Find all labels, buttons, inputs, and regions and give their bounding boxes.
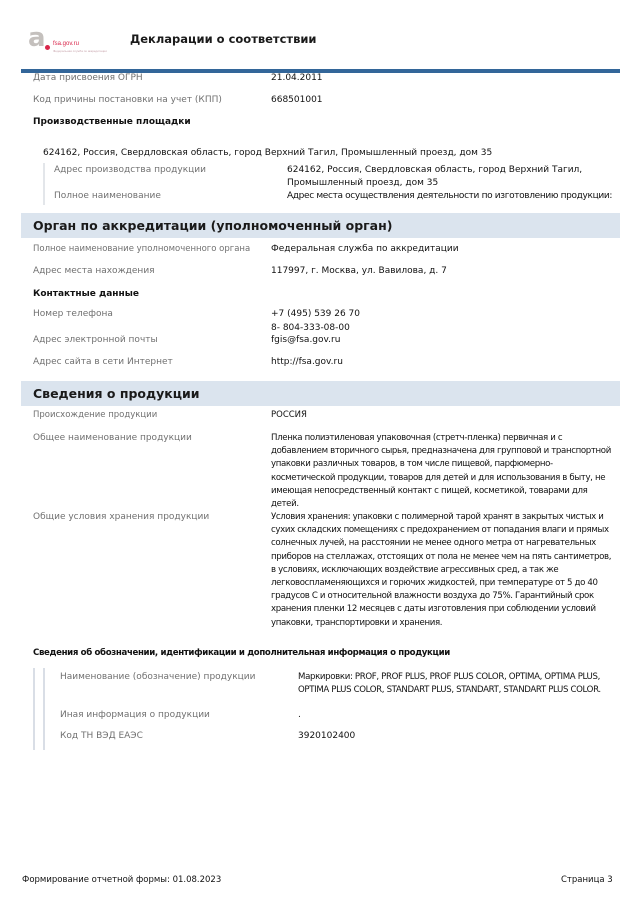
document-title: Декларации о соответствии xyxy=(130,32,316,46)
general-name-label: Общее наименование продукции xyxy=(33,432,192,445)
identification-bar-outer xyxy=(33,668,35,750)
tnved-value: 3920102400 xyxy=(298,730,355,743)
product-section-header: Сведения о продукции xyxy=(21,381,620,406)
site-production-address-value: 624162, Россия, Свердловская область, го… xyxy=(287,164,607,189)
designation-label: Наименование (обозначение) продукции xyxy=(60,671,255,684)
email-value: fgis@fsa.gov.ru xyxy=(271,334,340,347)
page-number: Страница 3 xyxy=(561,875,613,885)
accreditation-fullname-label: Полное наименование уполномоченного орга… xyxy=(33,243,250,256)
logo-dot-icon xyxy=(45,45,50,50)
report-generated-date: Формирование отчетной формы: 01.08.2023 xyxy=(22,875,221,885)
accreditation-fullname-value: Федеральная служба по аккредитации xyxy=(271,243,459,256)
kpp-label: Код причины постановки на учет (КПП) xyxy=(33,94,222,107)
storage-value: Условия хранения: упаковки с полимерной … xyxy=(271,511,616,630)
production-sites-heading: Производственные площадки xyxy=(33,116,191,129)
origin-label: Происхождение продукции xyxy=(33,409,157,422)
logo-site: fsa.gov.ru xyxy=(53,41,79,47)
kpp-value: 668501001 xyxy=(271,94,323,107)
site-fullname-value: Адрес места осуществления деятельности п… xyxy=(287,190,612,203)
accreditation-address-label: Адрес места нахождения xyxy=(33,265,155,278)
identification-bar-inner xyxy=(43,668,45,750)
logo-a-icon: a xyxy=(28,25,46,51)
site-details-bar xyxy=(43,163,45,205)
page-header: a fsa.gov.ru Федеральная служба по аккре… xyxy=(0,0,644,70)
product-section-title: Сведения о продукции xyxy=(33,386,200,401)
phone-label: Номер телефона xyxy=(33,308,113,321)
site-production-address-label: Адрес производства продукции xyxy=(54,164,206,177)
other-info-label: Иная информация о продукции xyxy=(60,709,210,722)
site-address: 624162, Россия, Свердловская область, го… xyxy=(43,147,492,160)
storage-label: Общие условия хранения продукции xyxy=(33,511,209,524)
phone-value-2: 8- 804-333-08-00 xyxy=(271,322,350,335)
ogrn-date-label: Дата присвоения ОГРН xyxy=(33,72,143,85)
general-name-value: Пленка полиэтиленовая упаковочная (стрет… xyxy=(271,432,616,511)
phone-value-1: +7 (495) 539 26 70 xyxy=(271,308,360,321)
site-fullname-label: Полное наименование xyxy=(54,190,161,203)
origin-value: РОССИЯ xyxy=(271,409,307,422)
accreditation-section-title: Орган по аккредитации (уполномоченный ор… xyxy=(33,218,392,233)
accreditation-address-value: 117997, г. Москва, ул. Вавилова, д. 7 xyxy=(271,265,447,278)
fsa-logo: a fsa.gov.ru Федеральная служба по аккре… xyxy=(28,27,108,55)
designation-value: Маркировки: PROF, PROF PLUS, PROF PLUS C… xyxy=(298,671,613,697)
other-info-value: . xyxy=(298,709,301,722)
email-label: Адрес электронной почты xyxy=(33,334,158,347)
accreditation-section-header: Орган по аккредитации (уполномоченный ор… xyxy=(21,213,620,238)
website-value: http://fsa.gov.ru xyxy=(271,356,343,369)
identification-heading: Сведения об обозначении, идентификации и… xyxy=(33,647,450,660)
contacts-heading: Контактные данные xyxy=(33,288,139,301)
logo-subtitle: Федеральная служба по аккредитации xyxy=(53,49,107,53)
ogrn-date-value: 21.04.2011 xyxy=(271,72,323,85)
tnved-label: Код ТН ВЭД ЕАЭС xyxy=(60,730,143,743)
website-label: Адрес сайта в сети Интернет xyxy=(33,356,173,369)
